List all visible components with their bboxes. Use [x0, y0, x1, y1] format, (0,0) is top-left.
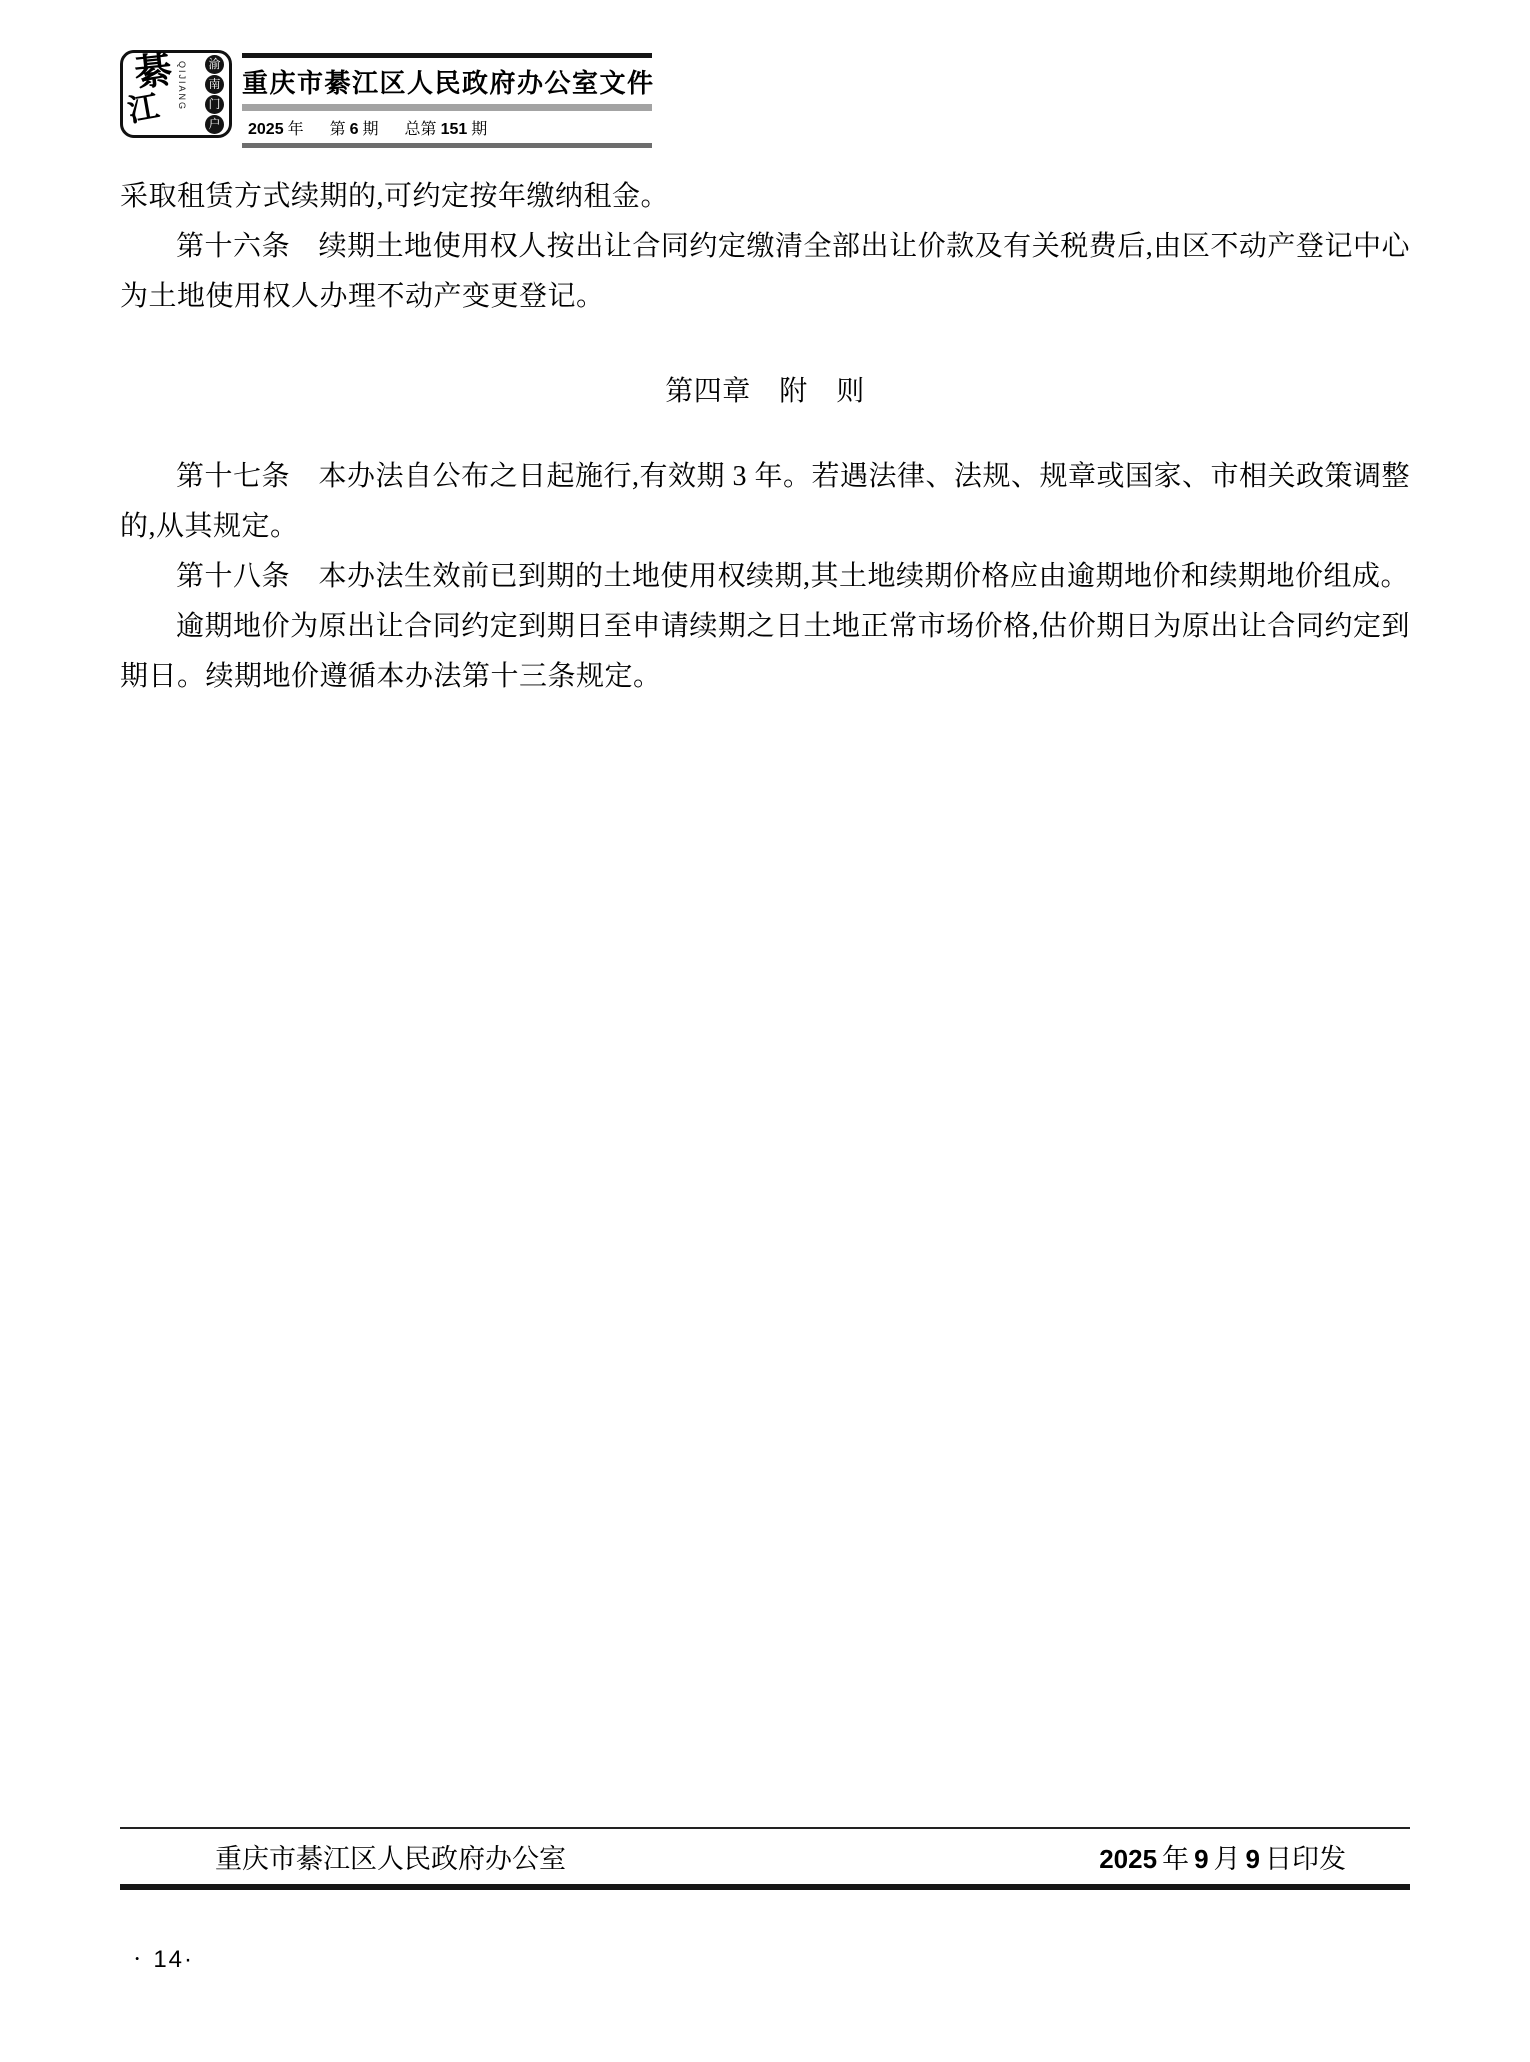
page-number-value: 14·	[153, 1946, 194, 1973]
logo-calligraphy-char-1: 綦	[133, 52, 174, 93]
qijiang-logo: 綦 江 QIJIANG 渝 南 门 户	[120, 50, 232, 138]
logo-pinyin-text: QIJIANG	[177, 61, 187, 111]
paragraph-continuation: 采取租赁方式续期的,可约定按年缴纳租金。	[120, 172, 1410, 222]
masthead-title-block: 重庆市綦江区人民政府办公室文件 2025年 第6期 总第151期	[242, 53, 652, 148]
paragraph-overdue-price: 逾期地价为原出让合同约定到期日至申请续期之日土地正常市场价格,估价期日为原出让合…	[120, 602, 1410, 702]
logo-seal-column: 渝 南 门 户	[205, 55, 224, 134]
seal-icon: 户	[205, 115, 224, 134]
page-number: ·14·	[133, 1946, 194, 1974]
page-number-left-dot: ·	[133, 1946, 143, 1973]
document-footer: 重庆市綦江区人民政府办公室 2025年9月9日印发	[120, 1827, 1410, 1890]
issue-info: 2025年 第6期 总第151期	[242, 111, 652, 143]
logo-calligraphy-char-2: 江	[126, 91, 162, 127]
document-title: 重庆市綦江区人民政府办公室文件	[242, 58, 652, 104]
issue-number: 第6期	[330, 121, 379, 138]
masthead-rule-bottom	[242, 143, 652, 148]
footer-issuer: 重庆市綦江区人民政府办公室	[215, 1837, 566, 1876]
paragraph-article-18: 第十八条 本办法生效前已到期的土地使用权续期,其土地续期价格应由逾期地价和续期地…	[120, 552, 1410, 602]
chapter-heading: 第四章 附 则	[120, 367, 1410, 417]
seal-icon: 渝	[205, 55, 224, 74]
issue-total-number: 总第151期	[405, 121, 488, 138]
seal-icon: 南	[205, 75, 224, 94]
footer-print-date: 2025年9月9日印发	[1094, 1837, 1346, 1876]
issue-year: 2025年	[244, 121, 304, 138]
masthead-rule-middle	[242, 104, 652, 111]
paragraph-article-16: 第十六条 续期土地使用权人按出让合同约定缴清全部出让价款及有关税费后,由区不动产…	[120, 222, 1410, 322]
seal-icon: 门	[205, 95, 224, 114]
paragraph-article-17: 第十七条 本办法自公布之日起施行,有效期 3 年。若遇法律、法规、规章或国家、市…	[120, 452, 1410, 552]
document-body: 采取租赁方式续期的,可约定按年缴纳租金。 第十六条 续期土地使用权人按出让合同约…	[120, 172, 1410, 702]
